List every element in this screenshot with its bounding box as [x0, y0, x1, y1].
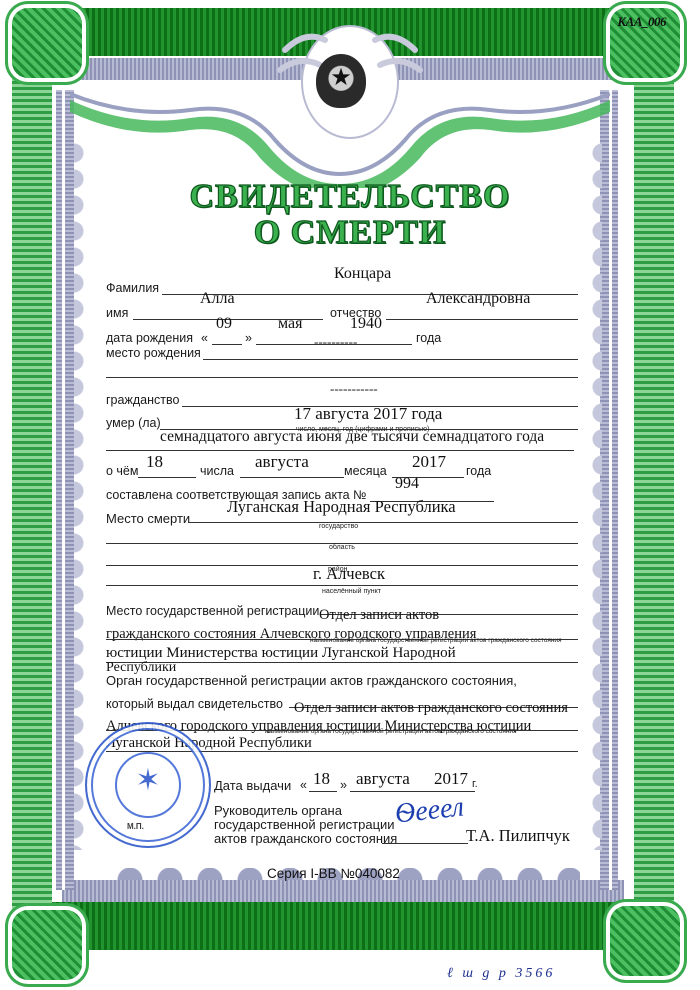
- record-month-label: месяца: [344, 464, 387, 478]
- record-day-value: 18: [146, 452, 163, 472]
- registration-place-caption: наименование органа государственной реги…: [310, 637, 562, 644]
- birth-date-label: дата рождения: [106, 331, 193, 345]
- corner-ornament-top-left: [12, 8, 82, 78]
- act-record-number: 994: [395, 475, 419, 493]
- record-year-label: года: [466, 464, 491, 478]
- record-year-value: 2017: [412, 452, 446, 472]
- issuing-authority-value-1: Отдел записи актов гражданского состояни…: [294, 700, 568, 717]
- record-day-line: [138, 477, 196, 478]
- surname-label: Фамилия: [106, 281, 159, 295]
- birth-date-open-quote: «: [201, 331, 208, 345]
- reference-code: КАА_006: [617, 14, 666, 30]
- died-label: умер (ла): [106, 416, 161, 430]
- died-words-line: [106, 450, 574, 451]
- birth-day-line: [212, 344, 242, 345]
- issuing-authority-caption: наименование органа государственной реги…: [265, 728, 517, 735]
- issuing-authority-label-2: который выдал свидетельство: [106, 697, 283, 711]
- birth-place-value: ----------: [314, 334, 357, 350]
- grey-band-bottom: [62, 880, 624, 902]
- birth-day-value: 09: [216, 315, 232, 333]
- green-border-left: [12, 40, 52, 930]
- stamp-mp-label: М.П.: [127, 822, 144, 831]
- issue-date-close-quote: »: [340, 778, 347, 792]
- name-label: имя: [106, 306, 128, 320]
- registration-place-label: Место государственной регистрации: [106, 604, 319, 618]
- registration-place-value-1: Отдел записи актов: [319, 607, 439, 624]
- issue-date-suffix: г.: [472, 778, 478, 790]
- birth-year-value: 1940: [350, 315, 382, 333]
- citizenship-value: -----------: [330, 381, 378, 397]
- star-icon: ★: [316, 66, 366, 90]
- patronymic-line: [386, 319, 578, 320]
- certificate-series-number: Серия I-ВВ №040082: [267, 866, 400, 881]
- birth-place-line: [203, 359, 578, 360]
- death-place-state-value: Луганская Народная Республика: [227, 497, 456, 517]
- issue-day-value: 18: [313, 769, 330, 789]
- signature-line: [382, 843, 468, 844]
- state-emblem-icon: ★: [316, 54, 366, 108]
- death-place-state-line: [188, 522, 578, 523]
- stamp-star-icon: ✶: [117, 766, 179, 796]
- green-border-right: [634, 40, 674, 930]
- death-place-locality-caption: населённый пункт: [322, 588, 381, 595]
- corner-ornament-bottom-right: [610, 906, 680, 976]
- issue-month-value: августа: [356, 769, 410, 789]
- head-label-1: Руководитель органа: [214, 803, 342, 818]
- corner-ornament-bottom-left: [12, 910, 82, 980]
- head-label-2: государственной регистрации: [214, 817, 395, 832]
- issue-date-label: Дата выдачи: [214, 778, 291, 793]
- birth-place-label: место рождения: [106, 346, 201, 360]
- head-label-3: актов гражданского состояния: [214, 831, 397, 846]
- birth-date-suffix: года: [416, 331, 441, 345]
- death-place-label: Место смерти: [106, 511, 190, 526]
- official-stamp: ✶ М.П.: [85, 722, 211, 848]
- stamp-emblem: ✶: [115, 752, 181, 818]
- death-place-state-caption: государство: [319, 523, 358, 530]
- green-border-bottom: [50, 902, 650, 950]
- death-place-locality-line: [106, 585, 578, 586]
- record-month-value: августа: [255, 452, 309, 472]
- death-place-locality-value: г. Алчевск: [313, 564, 385, 584]
- surname-value: Концара: [334, 265, 391, 283]
- birth-place-line-2: [106, 377, 578, 378]
- certificate-title: СВИДЕТЕЛЬСТВО: [0, 178, 700, 216]
- handwritten-note: ℓ ш g р 3566: [447, 966, 555, 982]
- death-place-region-caption: область: [329, 544, 355, 551]
- patronymic-value: Александровна: [426, 290, 530, 308]
- registration-place-line-3: [106, 662, 578, 663]
- record-month-line: [240, 477, 344, 478]
- birth-date-close-quote: »: [245, 331, 252, 345]
- birth-month-value: мая: [278, 315, 302, 333]
- head-name: Т.А. Пилипчук: [466, 826, 570, 846]
- issuing-authority-label-1: Орган государственной регистрации актов …: [106, 673, 517, 688]
- died-value: 17 августа 2017 года: [294, 404, 442, 424]
- record-day-label: числа: [200, 464, 234, 478]
- record-prefix-label: о чём: [106, 464, 138, 478]
- certificate-subtitle: О СМЕРТИ: [0, 214, 700, 252]
- issue-day-line: [309, 791, 337, 792]
- citizenship-label: гражданство: [106, 393, 179, 407]
- name-value: Алла: [200, 290, 235, 308]
- issue-year-value: 2017: [434, 769, 468, 789]
- died-value-words: семнадцатого августа июня две тысячи сем…: [160, 428, 544, 446]
- issue-date-open-quote: «: [300, 778, 307, 792]
